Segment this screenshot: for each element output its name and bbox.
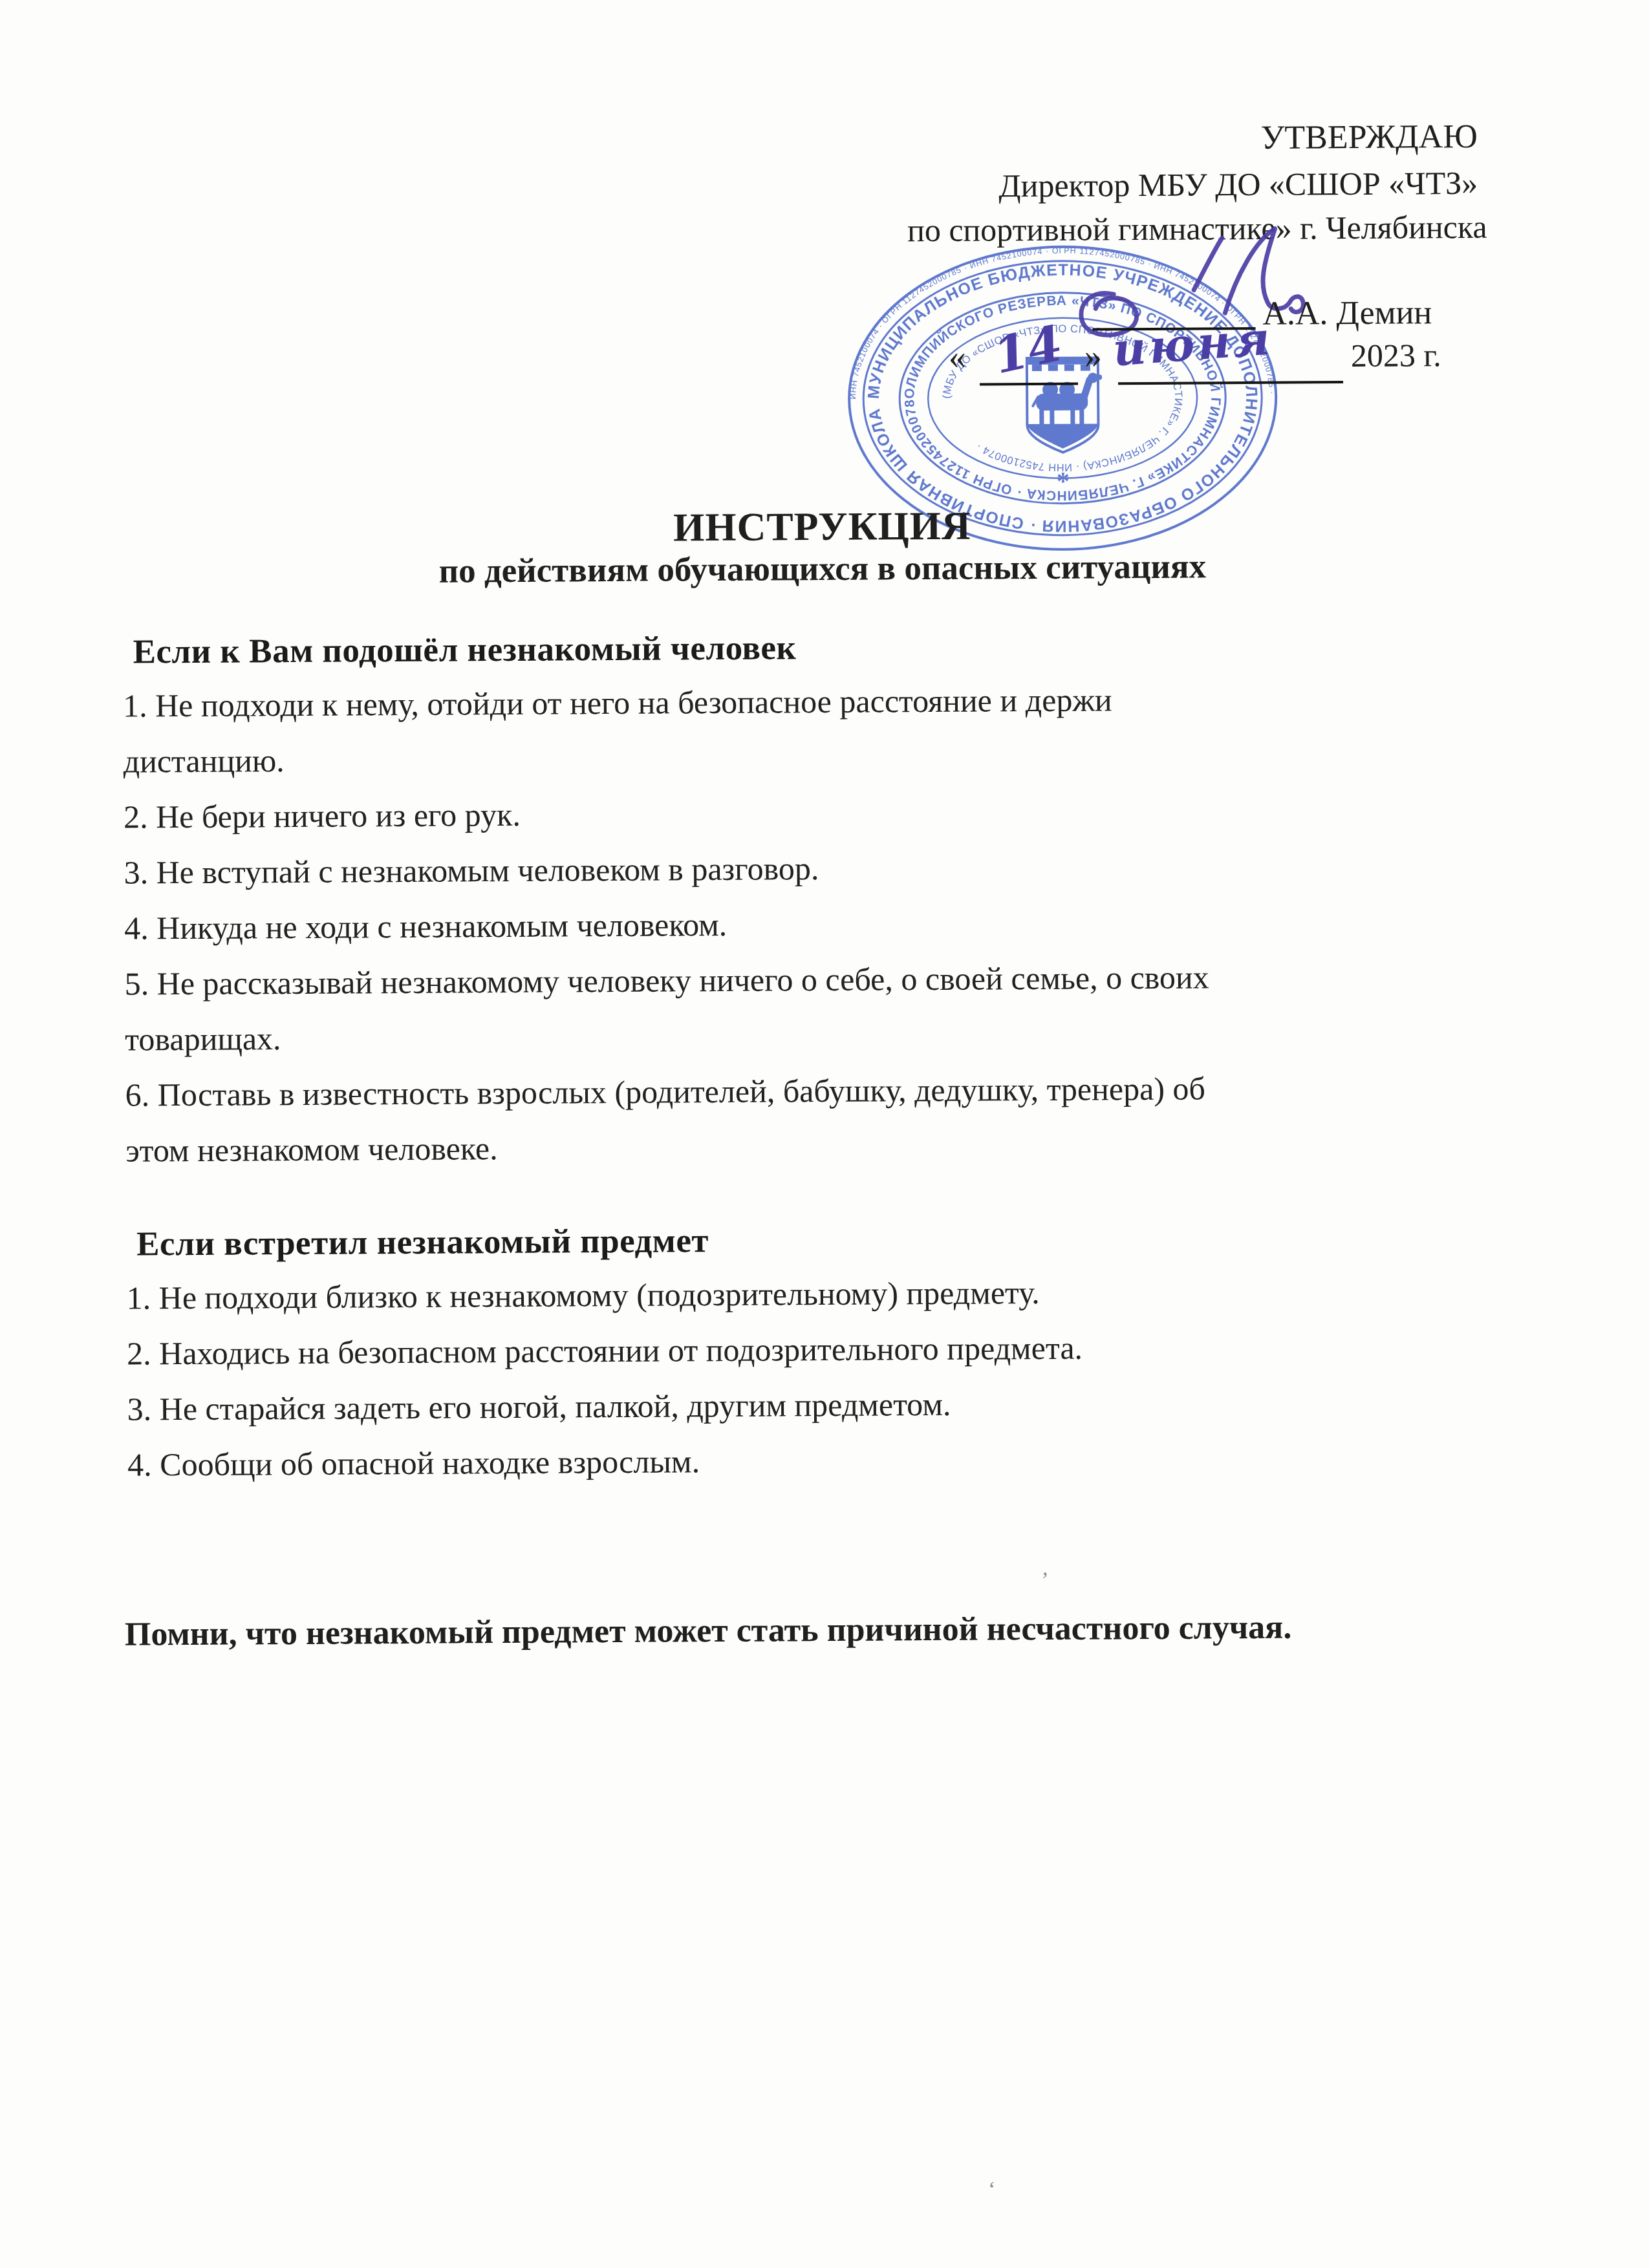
list-item: 3. Не старайся задеть его ногой, палкой,… (127, 1373, 1556, 1437)
list-item: 6. Поставь в известность взрослых (родит… (125, 1058, 1555, 1178)
stamp-star: * (1057, 467, 1070, 496)
section-heading-stranger-person: Если к Вам подошёл незнакомый человек (133, 628, 796, 671)
signature-stroke-lead (1194, 238, 1222, 290)
list-item: 4. Никуда не ходи с незнакомым человеком… (124, 892, 1553, 956)
list-item: 2. Не бери ничего из его рук. (124, 780, 1553, 844)
scanned-page: УТВЕРЖДАЮ Директор МБУ ДО «СШОР «ЧТЗ» по… (0, 0, 1649, 2268)
date-close-quote: » (1084, 336, 1102, 376)
list-item: 4. Сообщи об опасной находке взрослым. (127, 1428, 1557, 1492)
section-heading-unknown-object: Если встретил незнакомый предмет (136, 1221, 709, 1263)
list-item: 2. Находись на безопасном расстоянии от … (127, 1317, 1556, 1381)
date-year: 2023 г. (1351, 336, 1441, 374)
approval-director-line: Директор МБУ ДО «СШОР «ЧТЗ» (998, 164, 1478, 205)
approval-label: УТВЕРЖДАЮ (1260, 118, 1478, 157)
date-open-quote: « (949, 337, 966, 377)
list-item: 1. Не подходи к нему, отойди от него на … (123, 669, 1553, 789)
signatory-name: А.А. Демин (1262, 294, 1432, 333)
section-stranger-person-items: 1. Не подходи к нему, отойди от него на … (123, 669, 1555, 1178)
list-item: 5. Не рассказывай незнакомому человеку н… (124, 947, 1554, 1067)
list-item: 3. Не вступай с незнакомым человеком в р… (124, 836, 1553, 900)
section-unknown-object-items: 1. Не подходи близко к незнакомому (подо… (126, 1261, 1557, 1492)
closing-note: Помни, что незнакомый предмет может стат… (125, 1609, 1292, 1654)
scan-speck: ’ (1041, 1568, 1049, 1593)
scan-speck: ‘ (988, 2177, 996, 2202)
list-item: 1. Не подходи близко к незнакомому (подо… (126, 1261, 1555, 1325)
